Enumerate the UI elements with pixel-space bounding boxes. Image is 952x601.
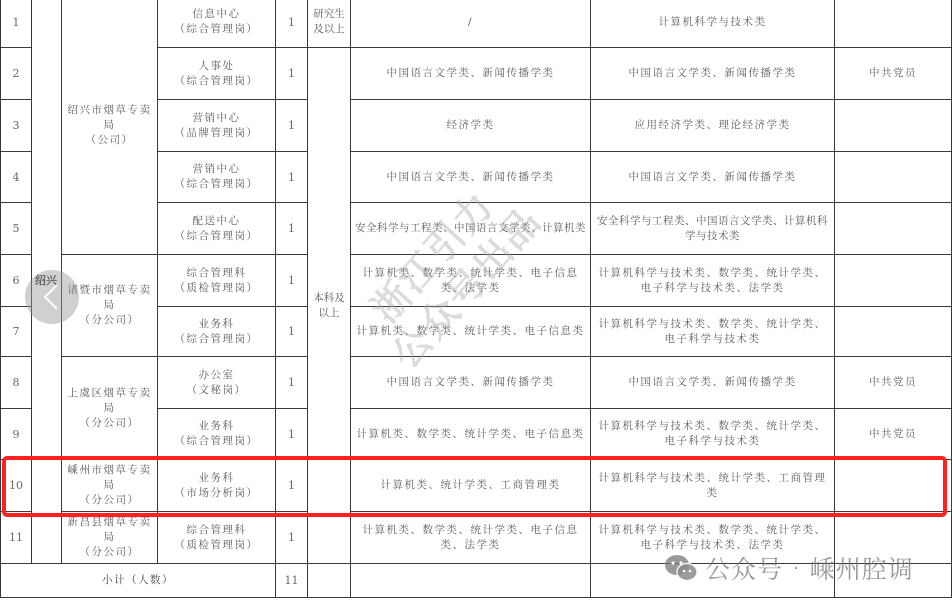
major-pg-cell: 计算机科学与技术类、统计学类、工商管理类 <box>591 460 835 512</box>
unit-cell: 嵊州市烟草专卖局 （分公司） <box>62 460 158 512</box>
major-pg-cell: 计算机科学与技术类 <box>591 0 835 48</box>
row-number: 9 <box>1 409 32 460</box>
table-row: 1 绍兴 绍兴市烟草专卖局 （公司） 信息中心 （综合管理岗） 1 研究生 及以… <box>1 0 952 48</box>
count-cell: 1 <box>276 203 308 255</box>
row-number: 8 <box>1 357 32 409</box>
unit-cell: 绍兴市烟草专卖局 （公司） <box>62 0 158 255</box>
major-ug-cell: 计算机类、数学类、统计学类、电子信息类 <box>351 307 591 357</box>
row-number: 5 <box>1 203 32 255</box>
major-ug-cell: / <box>351 0 591 48</box>
count-cell: 1 <box>276 357 308 409</box>
dept-cell: 营销中心 （综合管理岗） <box>158 152 276 203</box>
badge-prefix: 公众号 <box>705 550 783 586</box>
other-cell <box>835 152 952 203</box>
major-ug-cell: 计算机类、数学类、统计学类、电子信息类、法学类 <box>351 255 591 307</box>
other-cell <box>835 0 952 48</box>
count-cell: 1 <box>276 512 308 564</box>
other-cell <box>835 460 952 512</box>
table-row: 8 上虞区烟草专卖局 （分公司） 办公室 （文秘岗） 1 中国语言文学类、新闻传… <box>1 357 952 409</box>
dept-cell: 综合管理科 （质检管理岗） <box>158 512 276 564</box>
major-pg-cell: 中国语言文学类、新闻传播学类 <box>591 357 835 409</box>
recruitment-table: 1 绍兴 绍兴市烟草专卖局 （公司） 信息中心 （综合管理岗） 1 研究生 及以… <box>0 0 952 598</box>
count-cell: 1 <box>276 152 308 203</box>
dept-cell: 配送中心 （综合管理岗） <box>158 203 276 255</box>
count-cell: 1 <box>276 307 308 357</box>
count-cell: 1 <box>276 100 308 152</box>
subtotal-label: 小计（人数） <box>1 564 276 598</box>
other-cell <box>835 255 952 307</box>
major-pg-cell: 中国语言文学类、新闻传播学类 <box>591 48 835 100</box>
table-row: 6 诸暨市烟草专卖局 （分公司） 综合管理科 （质检管理岗） 1 计算机类、数学… <box>1 255 952 307</box>
edu-cell: 研究生 及以上 <box>308 0 351 48</box>
back-button[interactable] <box>25 270 79 324</box>
major-ug-cell: 安全科学与工程类、中国语言文学类、计算机类 <box>351 203 591 255</box>
major-pg-cell: 计算机科学与技术类、数学类、统计学类、电子科学与技术类、法学类 <box>591 255 835 307</box>
count-cell: 1 <box>276 409 308 460</box>
unit-cell: 上虞区烟草专卖局 （分公司） <box>62 357 158 460</box>
major-ug-cell: 计算机类、数学类、统计学类、电子信息类、法学类 <box>351 512 591 564</box>
dept-cell: 业务科 （综合管理岗） <box>158 307 276 357</box>
other-cell: 中共党员 <box>835 48 952 100</box>
major-pg-cell: 计算机科学与技术类、数学类、统计学类、电子科学与技术类 <box>591 409 835 460</box>
count-cell: 1 <box>276 48 308 100</box>
other-cell <box>835 307 952 357</box>
major-pg-cell: 应用经济学类、理论经济学类 <box>591 100 835 152</box>
dept-cell: 营销中心 （品牌管理岗） <box>158 100 276 152</box>
major-pg-cell: 计算机科学与技术类、数学类、统计学类、电子科学与技术类 <box>591 307 835 357</box>
badge-account: 嵊州腔调 <box>810 550 914 586</box>
major-ug-cell: 中国语言文学类、新闻传播学类 <box>351 48 591 100</box>
dept-cell: 办公室 （文秘岗） <box>158 357 276 409</box>
wechat-account-badge: 公众号 · 嵊州腔调 <box>663 549 914 587</box>
dept-cell: 业务科 （市场分析岗） <box>158 460 276 512</box>
wechat-icon <box>663 553 699 583</box>
dept-cell: 人事处 （综合管理岗） <box>158 48 276 100</box>
row-number: 3 <box>1 100 32 152</box>
major-ug-cell: 计算机类、数学类、统计学类、电子信息类 <box>351 409 591 460</box>
row-number: 4 <box>1 152 32 203</box>
row-number: 10 <box>1 460 32 512</box>
other-cell <box>835 203 952 255</box>
subtotal-empty <box>351 564 591 598</box>
table-row-highlighted: 10 嵊州市烟草专卖局 （分公司） 业务科 （市场分析岗） 1 计算机类、统计学… <box>1 460 952 512</box>
row-number: 1 <box>1 0 32 48</box>
count-cell: 1 <box>276 0 308 48</box>
count-cell: 1 <box>276 255 308 307</box>
chevron-left-icon <box>39 282 63 312</box>
dept-cell: 业务科 （综合管理岗） <box>158 409 276 460</box>
subtotal-empty <box>308 564 351 598</box>
major-ug-cell: 中国语言文学类、新闻传播学类 <box>351 357 591 409</box>
badge-separator: · <box>793 558 800 579</box>
other-cell: 中共党员 <box>835 357 952 409</box>
major-ug-cell: 中国语言文学类、新闻传播学类 <box>351 152 591 203</box>
dept-cell: 信息中心 （综合管理岗） <box>158 0 276 48</box>
subtotal-count: 11 <box>276 564 308 598</box>
count-cell: 1 <box>276 460 308 512</box>
unit-cell: 新昌县烟草专卖局 （分公司） <box>62 512 158 564</box>
edu-cell: 本科及 以上 <box>308 48 351 564</box>
row-number: 11 <box>1 512 32 564</box>
major-pg-cell: 中国语言文学类、新闻传播学类 <box>591 152 835 203</box>
major-ug-cell: 计算机类、统计学类、工商管理类 <box>351 460 591 512</box>
major-ug-cell: 经济学类 <box>351 100 591 152</box>
other-cell: 中共党员 <box>835 409 952 460</box>
row-number: 7 <box>1 307 32 357</box>
dept-cell: 综合管理科 （质检管理岗） <box>158 255 276 307</box>
row-number: 2 <box>1 48 32 100</box>
other-cell <box>835 100 952 152</box>
major-pg-cell: 安全科学与工程类、中国语言文学类、计算机科学与技术类 <box>591 203 835 255</box>
